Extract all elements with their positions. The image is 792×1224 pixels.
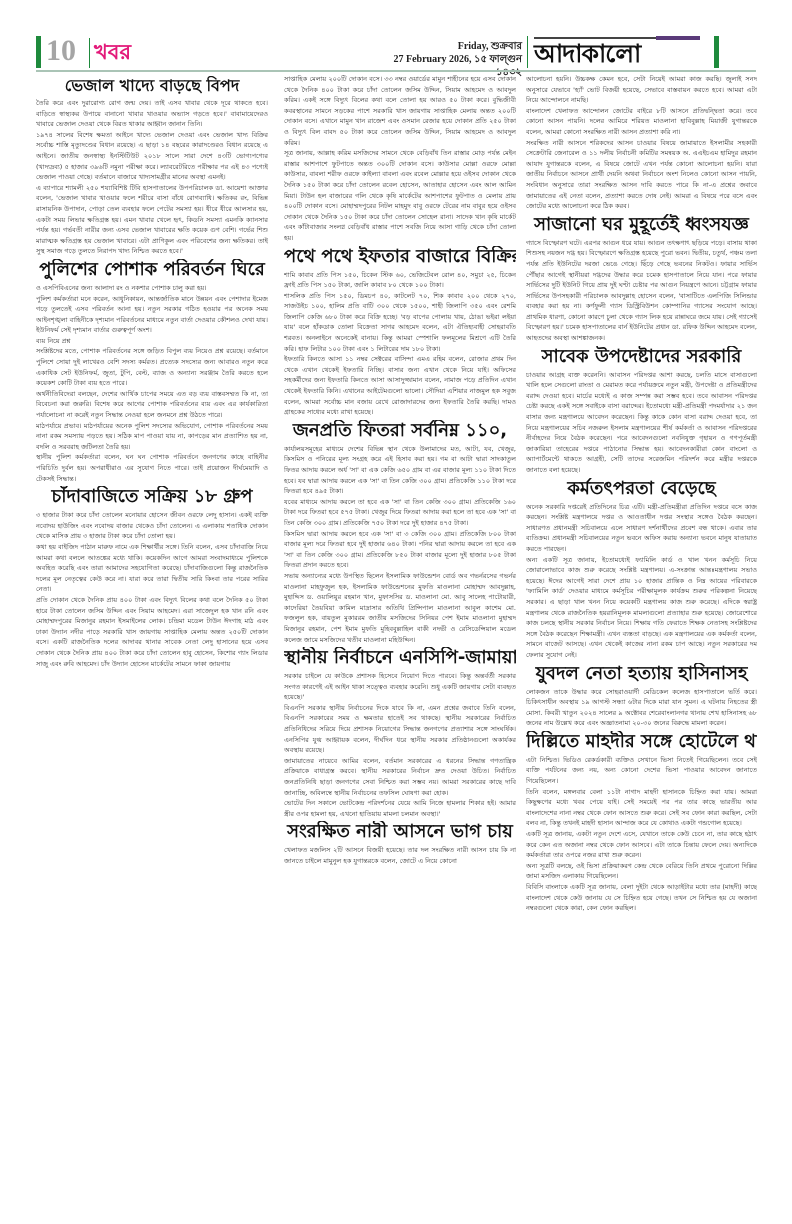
column-3: আলোচনা হয়নি। উচ্চকক্ষ কেমন হবে, সেটা নি…: [526, 74, 757, 1224]
article-headline: দিল্লিতে মাহদীর সঙ্গে হোটেলে থাকা: [526, 731, 757, 753]
article-headline: ভেজাল খাদ্যে বাড়ছে বিপদ: [36, 76, 268, 96]
article-paragraph: অন্য সূত্রটি বলছে, ওই ভিসা প্রক্রিয়াকরণ…: [526, 861, 757, 882]
article-paragraph: পুলিশ কর্মকর্তারা মনে করেন, আধুনিকায়ন, …: [36, 294, 268, 336]
newspaper-logo: আদাকালো: [534, 36, 714, 68]
article-paragraph: কার্যালয়সমূহের মাধ্যমে দেশের বিভিন্ন স্…: [284, 444, 516, 497]
article-paragraph: জামায়াতের নায়েবে আমির বলেন, বর্তমান সর…: [284, 756, 516, 798]
article-headline: পুলিশের পোশাক পরিবর্তন ঘিরে: [36, 259, 268, 281]
article-paragraph: চাওয়ার আগ্রহ ব্যক্ত করেননি। আবাসন পরিদপ…: [526, 370, 757, 476]
article-paragraph: আলোচনা হয়নি। উচ্চকক্ষ কেমন হবে, সেটা নি…: [526, 74, 757, 106]
article-paragraph: যবের মাধ্যমে আদায় করলে তা হবে এক 'সা' ব…: [284, 497, 516, 529]
article-paragraph: ও এসপিবিএনের জন্য আলাদা রং ও নকশার পোশাক…: [36, 283, 268, 294]
article-paragraph: ৩ হাজার টাকা করে চাঁদা তোলেন মনোয়ার হোস…: [36, 510, 268, 542]
article-headline: কর্মতৎপরতা বেড়েছে: [526, 478, 757, 500]
article-paragraph: বাংলাদেশ খেলাফত আন্দোলন জোটের বাইরে ৮টি …: [526, 106, 757, 138]
column-1: ভেজাল খাদ্যে বাড়ছে বিপদতৈরি করে এবং দুর…: [36, 74, 268, 1224]
article-paragraph: স্থানীয় পুলিশ কর্মকর্তারা বলেন, ঘন ঘন প…: [36, 452, 268, 484]
article-paragraph: ভোটের দিন সকালে ভোটকেন্দ্র পরিদর্শনের যে…: [284, 798, 516, 819]
article-paragraph: অন্য একটি সূত্র জানায়, ইতোমধ্যেই ফ্যামি…: [526, 555, 757, 661]
article-headline: জনপ্রতি ফিতরা সর্বনিম্ন ১১০,: [284, 420, 516, 442]
article-paragraph: শাসলিক প্রতি পিস ১৫০, ডিমচপ ৪০, কাটলেট ৭…: [284, 291, 516, 355]
masthead: 10 খবর Friday, শুক্রবার 27 February 2026…: [36, 34, 756, 68]
article-paragraph: অনেক সরকারি দপ্তরেই প্রতিদিনের চিত্র এটি…: [526, 502, 757, 555]
article-paragraph: এটা নিশ্চিত। ভিডিও রেকর্ডকারী ব্যক্তিও স…: [526, 755, 757, 787]
article-paragraph: বিএনপি সরকার স্থানীয় নির্বাচনের দিকে যা…: [284, 703, 516, 756]
article-paragraph: খেলাফত মজলিস ২টি আসনে বিজয়ী হয়েছে। তার…: [284, 845, 516, 866]
logo-tagline: [656, 36, 700, 40]
divider: [527, 36, 528, 68]
article-paragraph: সূত্র জানায়, আল্লাহ করিম মসজিদের সামনে …: [284, 148, 516, 243]
article-paragraph: তিনি বলেন, মঙ্গলবার বেলা ১১টা নাগাদ মাহদ…: [526, 787, 757, 829]
article-headline: স্থানীয় নির্বাচনে এনসিপি-জামায়াত: [284, 647, 516, 669]
divider: [89, 38, 90, 68]
logo-wordmark: আদাকালো: [534, 40, 640, 68]
masthead-rule: [36, 70, 756, 72]
article-paragraph: ব্যয় নিয়ে প্রশ্ন: [36, 336, 268, 347]
article-headline: চাঁদাবাজিতে সক্রিয় ১৮ গ্রুপ: [36, 486, 268, 508]
article-paragraph: প্রতি দোকান থেকে দৈনিক প্রায় ৪০০ টাকা এ…: [36, 595, 268, 669]
article-headline: পথে পথে ইফতার বাজারে বিক্রির ধুম: [284, 246, 516, 268]
article-paragraph: সরকার চাইলে যে কাউকে প্রশাসক হিসেবে নিয়…: [284, 671, 516, 703]
page-accent-bar: [36, 36, 41, 68]
article-paragraph: একটি সূত্র জানায়, একটা নতুন দেশে এসে, য…: [526, 829, 757, 861]
page-number: 10: [46, 34, 76, 68]
article-paragraph: এ ব্যাপারে শ্যামলী ২৫০ শয্যাবিশিষ্ট টিবি…: [36, 183, 268, 257]
day-label: Friday, শুক্রবার: [372, 40, 522, 53]
section-title: খবর: [94, 38, 131, 66]
article-paragraph: লোকজন তাকে উদ্ধার করে সোহরাওয়ার্দী মেডি…: [526, 687, 757, 729]
article-paragraph: কিসমিস দ্বারা আদায় করলে হবে এক 'সা' বা …: [284, 529, 516, 571]
column-2: সাপ্তাহিক মেলায় ২০০টি দোকান বসে। ৩৩ নম্…: [284, 74, 516, 1224]
article-paragraph: ইফতারি কিনতে আসা ১১ নম্বর সেক্টরের বাসিন…: [284, 354, 516, 418]
logo-accent-bar: [714, 36, 719, 68]
article-paragraph: তৈরি করে এবং দুরারোগ্য রোগ জন্ম দেয়। তা…: [36, 98, 268, 130]
article-headline: সংরক্ষিত নারী আসনে ভাগ চায়: [284, 821, 516, 843]
article-paragraph: কথা হয় বাইজিদ পাঠান মারুফ নামে এক শিক্ষ…: [36, 542, 268, 595]
article-paragraph: গ্যাসে বিস্ফোরণ ঘটে। এরপর আগুন ধরে যায়।…: [526, 238, 757, 344]
article-headline: সাবেক উপদেষ্টাদের সরকারি: [526, 346, 757, 368]
article-headline: সাজানো ঘর মুহূর্তেই ধ্বংসযজ্ঞ: [526, 214, 757, 236]
article-paragraph: সাপ্তাহিক মেলায় ২০০টি দোকান বসে। ৩৩ নম্…: [284, 74, 516, 148]
article-paragraph: অর্থনীতিবিদেরা বলছেন, দেশের আর্থিক চাপের…: [36, 389, 268, 421]
article-headline: যুবদল নেতা হত্যায় হাসিনাসহ: [526, 663, 757, 685]
article-paragraph: সংশ্লিষ্টদের মতে, পোশাক পরিবর্তনের সঙ্গে…: [36, 346, 268, 388]
article-paragraph: মাঠপর্যায়ে প্রভাব। মাঠপর্যায়ের অনেক পু…: [36, 421, 268, 453]
article-paragraph: সভায় অন্যান্যের মধ্যে উপস্থিত ছিলেন ইসল…: [284, 571, 516, 645]
article-paragraph: সংরক্ষিত নারী আসনে শরিকদের আসন চাওয়ার ব…: [526, 138, 757, 212]
article-paragraph: শামি কাবাব প্রতি পিস ১৫০, চিকেন স্টিক ৬০…: [284, 270, 516, 291]
article-paragraph: ১৯৭৪ সালের বিশেষ ক্ষমতা আইনে খাদ্যে ভেজা…: [36, 130, 268, 183]
article-paragraph: বিবিসি বাংলাকে একটি সূত্র জানায়, বেলা দ…: [526, 882, 757, 914]
